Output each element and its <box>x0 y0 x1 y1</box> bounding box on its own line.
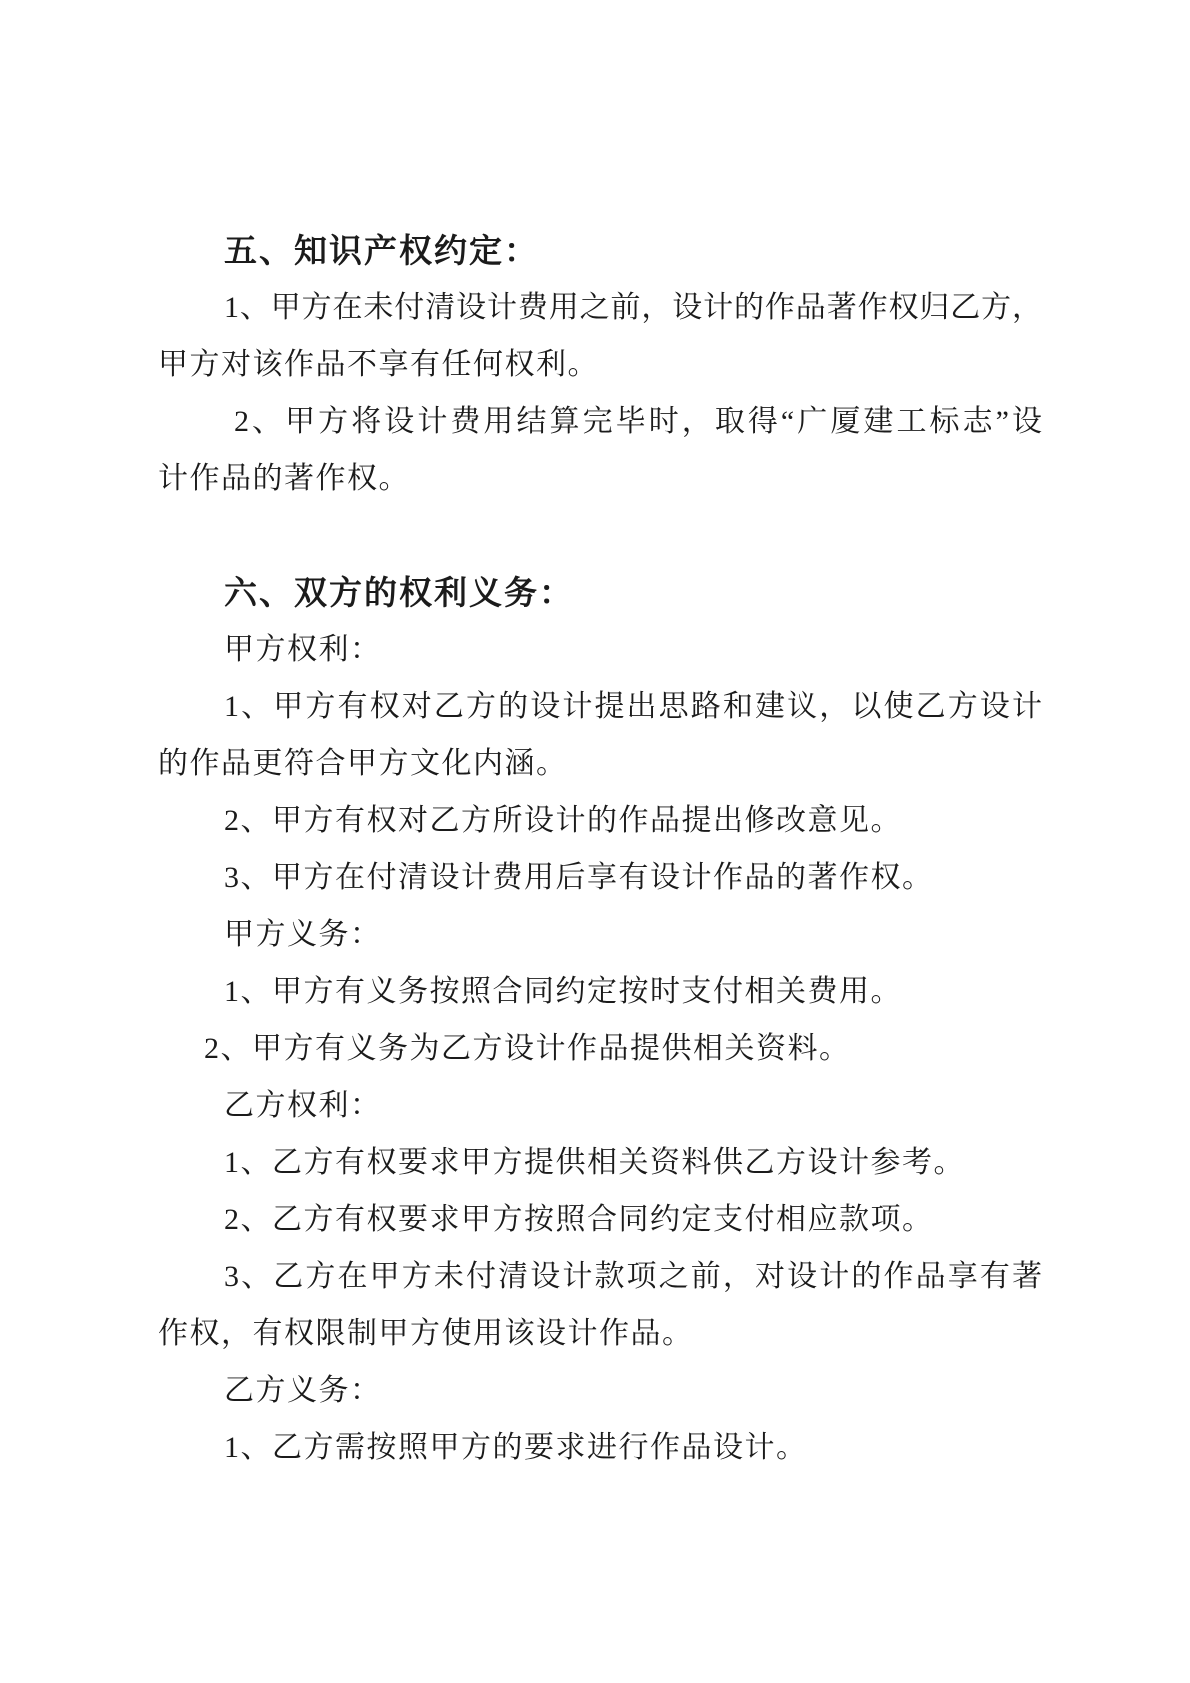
blank-line <box>158 507 1042 564</box>
text-line: 2、甲方将设计费用结算完毕时，取得“广厦建工标志”设 <box>158 393 1042 450</box>
text-line: 1、甲方有义务按照合同约定按时支付相关费用。 <box>158 963 1042 1020</box>
text-line: 1、乙方需按照甲方的要求进行作品设计。 <box>158 1419 1042 1476</box>
text-line: 2、乙方有权要求甲方按照合同约定支付相应款项。 <box>158 1191 1042 1248</box>
section5-heading: 五、知识产权约定： <box>158 222 1042 279</box>
text-line: 乙方义务： <box>158 1362 1042 1419</box>
text-line: 计作品的著作权。 <box>158 450 1042 507</box>
text-line: 作权，有权限制甲方使用该设计作品。 <box>158 1305 1042 1362</box>
text-line: 甲方权利： <box>158 621 1042 678</box>
document-page: 五、知识产权约定： 1、甲方在未付清设计费用之前，设计的作品著作权归乙方， 甲方… <box>0 0 1190 1683</box>
text-line: 1、甲方在未付清设计费用之前，设计的作品著作权归乙方， <box>158 279 1042 336</box>
text-line: 乙方权利： <box>158 1077 1042 1134</box>
text-line: 3、乙方在甲方未付清设计款项之前，对设计的作品享有著 <box>158 1248 1042 1305</box>
section6-heading: 六、双方的权利义务： <box>158 564 1042 621</box>
text-line: 3、甲方在付清设计费用后享有设计作品的著作权。 <box>158 849 1042 906</box>
text-line: 1、乙方有权要求甲方提供相关资料供乙方设计参考。 <box>158 1134 1042 1191</box>
text-line: 甲方义务： <box>158 906 1042 963</box>
text-line: 的作品更符合甲方文化内涵。 <box>158 735 1042 792</box>
text-line: 1、甲方有权对乙方的设计提出思路和建议，以使乙方设计 <box>158 678 1042 735</box>
text-line: 2、甲方有义务为乙方设计作品提供相关资料。 <box>158 1020 1042 1077</box>
text-line: 2、甲方有权对乙方所设计的作品提出修改意见。 <box>158 792 1042 849</box>
text-line: 甲方对该作品不享有任何权利。 <box>158 336 1042 393</box>
